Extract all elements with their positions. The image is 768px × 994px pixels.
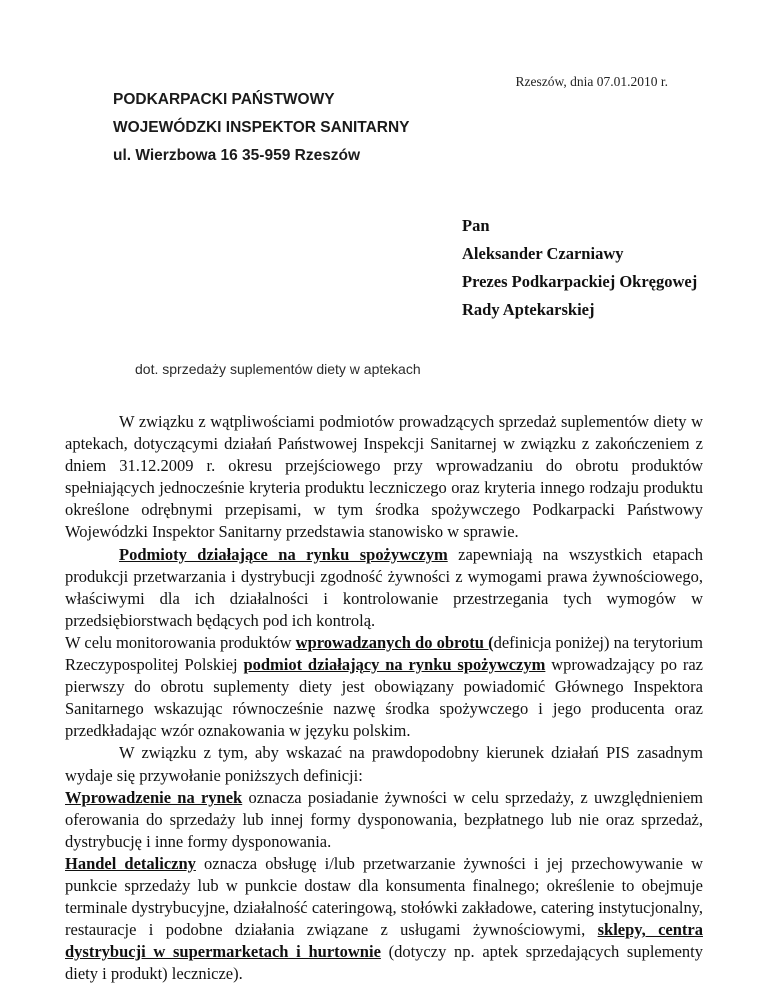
subject-line: dot. sprzedaży suplementów diety w aptek… xyxy=(135,361,421,377)
emphasis-segment: Podmioty działające na rynku spożywczym xyxy=(119,545,448,564)
text-segment: W związku z wątpliwościami podmiotów pro… xyxy=(65,412,703,541)
letter-body: W związku z wątpliwościami podmiotów pro… xyxy=(65,411,703,985)
recipient-block: PanAleksander CzarniawyPrezes Podkarpack… xyxy=(462,212,697,324)
body-paragraph: W celu monitorowania produktów wprowadza… xyxy=(65,632,703,742)
sender-line: WOJEWÓDZKI INSPEKTOR SANITARNY xyxy=(113,114,410,142)
sender-line: ul. Wierzbowa 16 35-959 Rzeszów xyxy=(113,142,410,170)
body-paragraph: Handel detaliczny oznacza obsługę i/lub … xyxy=(65,853,703,986)
recipient-line: Prezes Podkarpackiej Okręgowej xyxy=(462,268,697,296)
body-paragraph: W związku z wątpliwościami podmiotów pro… xyxy=(65,411,703,544)
sender-line: PODKARPACKI PAŃSTWOWY xyxy=(113,86,410,114)
recipient-line: Rady Aptekarskiej xyxy=(462,296,697,324)
emphasis-segment: wprowadzanych do obrotu ( xyxy=(296,633,494,652)
body-paragraph: Podmioty działające na rynku spożywczym … xyxy=(65,544,703,632)
emphasis-segment: Handel detaliczny xyxy=(65,854,196,873)
recipient-line: Aleksander Czarniawy xyxy=(462,240,697,268)
recipient-line: Pan xyxy=(462,212,697,240)
sender-block: PODKARPACKI PAŃSTWOWYWOJEWÓDZKI INSPEKTO… xyxy=(113,86,410,170)
text-segment: W celu monitorowania produktów xyxy=(65,633,296,652)
text-segment: W związku z tym, aby wskazać na prawdopo… xyxy=(65,743,703,784)
body-paragraph: Wprowadzenie na rynek oznacza posiadanie… xyxy=(65,787,703,853)
date-line: Rzeszów, dnia 07.01.2010 r. xyxy=(516,74,668,90)
emphasis-segment: Wprowadzenie na rynek xyxy=(65,788,242,807)
letter-page: Rzeszów, dnia 07.01.2010 r. PODKARPACKI … xyxy=(0,0,768,994)
emphasis-segment: podmiot działający na rynku spożywczym xyxy=(243,655,545,674)
body-paragraph: W związku z tym, aby wskazać na prawdopo… xyxy=(65,742,703,786)
